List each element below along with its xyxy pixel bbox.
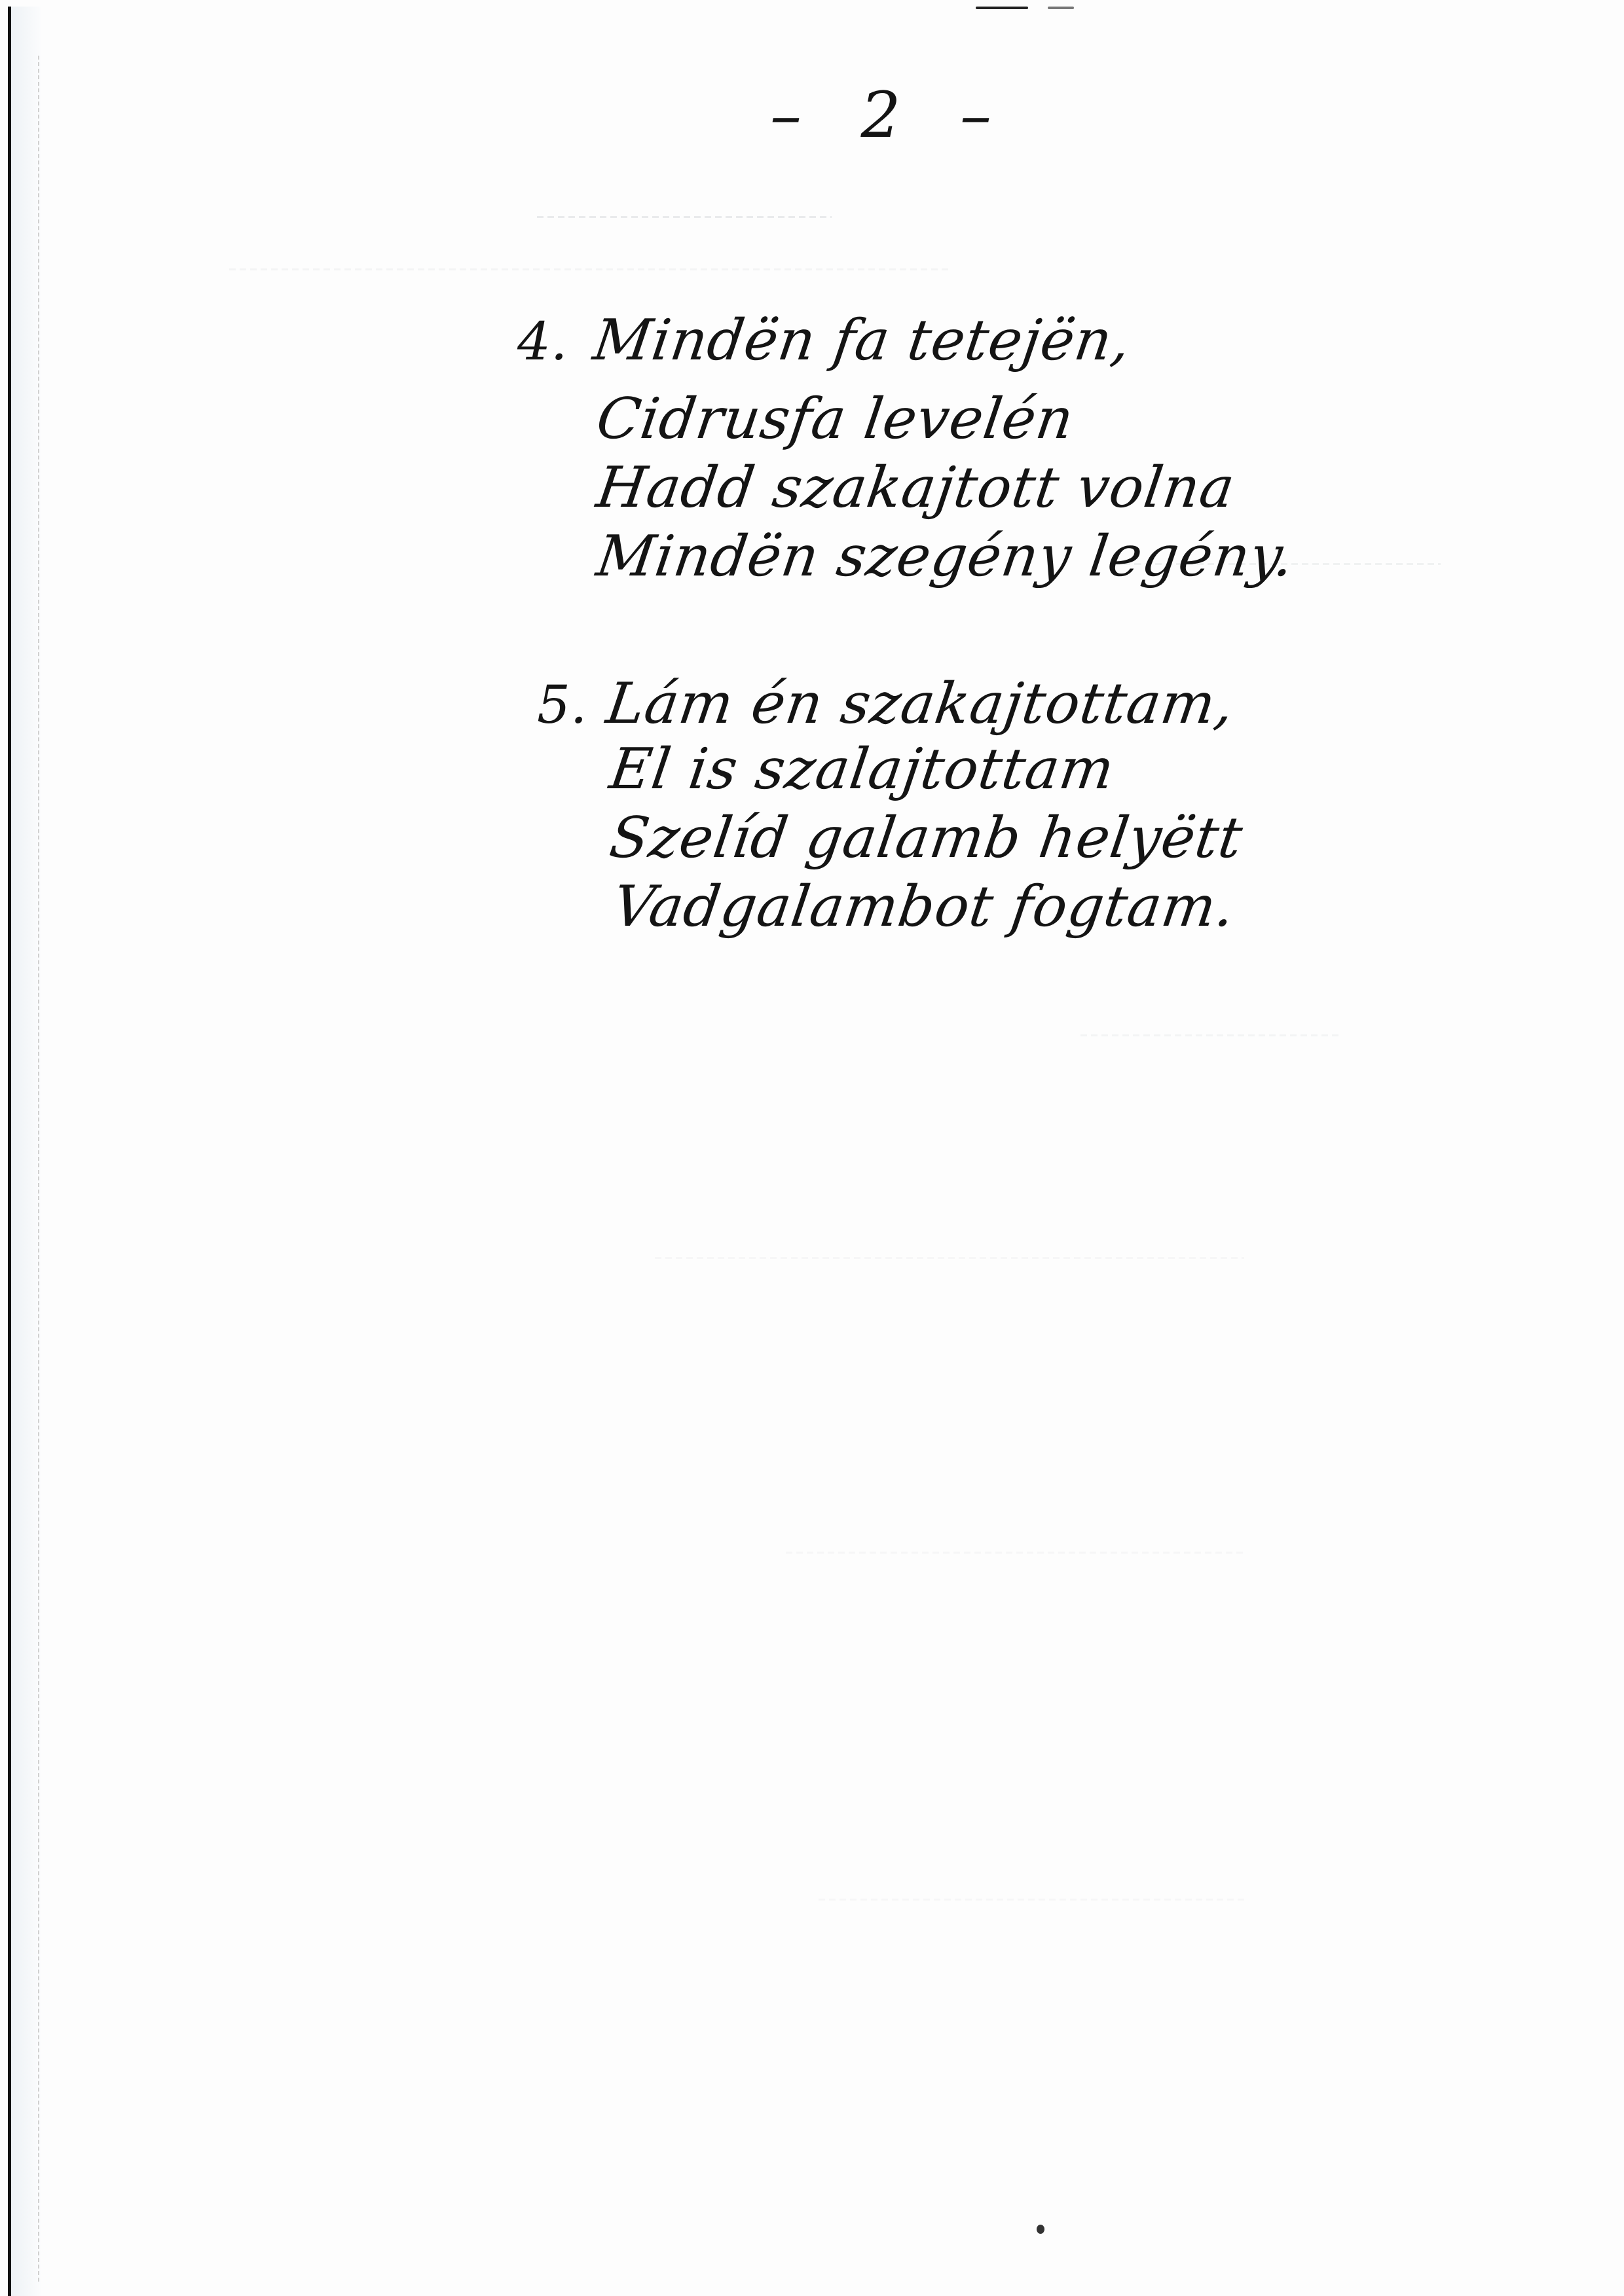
page-number: – 2 – — [760, 79, 1022, 152]
stanza-line: El is szalajtottam — [606, 737, 1118, 802]
scan-speck — [1037, 2225, 1044, 2234]
page-left-border — [8, 7, 11, 2296]
stanza-line: Szelíd galamb helyëtt — [606, 805, 1247, 871]
stanza-number: 4. — [517, 311, 567, 372]
stanza-line: Lám én szakajtottam, — [602, 671, 1238, 737]
scan-artifact-mark — [1048, 7, 1074, 9]
scan-artifact-mark — [976, 7, 1028, 9]
stanza-line: Hadd szakajtott volna — [593, 455, 1239, 520]
scanned-page: – 2 – 4. Mindën fa tetejën, Cidrusfa lev… — [0, 0, 1624, 2296]
stanza-number: 5. — [537, 674, 587, 735]
bleed-through-line — [1080, 1034, 1342, 1036]
bleed-through-line — [537, 216, 832, 218]
bleed-through-line — [229, 268, 950, 270]
page-edge-shadow — [11, 7, 41, 2296]
bleed-through-line — [819, 1899, 1244, 1901]
stanza-line: Vadgalambot fogtam. — [609, 874, 1239, 939]
stanza-line: Mindën fa tetejën, — [589, 308, 1135, 373]
bleed-through-line — [786, 1552, 1244, 1554]
stanza-line: Mindën szegény legény. — [593, 524, 1299, 589]
bleed-through-line — [655, 1257, 1244, 1259]
margin-fold-line — [38, 56, 39, 2282]
stanza-line: Cidrusfa levelén — [593, 386, 1078, 452]
